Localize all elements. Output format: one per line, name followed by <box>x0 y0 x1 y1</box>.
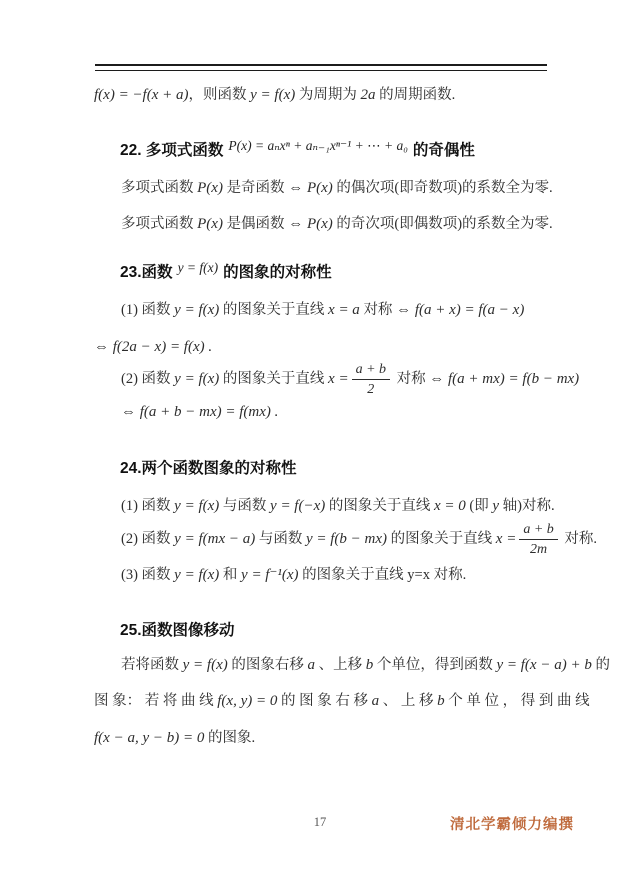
fraction: a + b2 <box>352 361 390 398</box>
text: 对称. <box>561 531 597 547</box>
text: 的图象关于直线 <box>219 371 328 387</box>
text: 和 <box>219 567 241 583</box>
formula: y = f(x) <box>250 87 295 103</box>
polynomial-formula: P(x) = aₙxⁿ + aₙ₋₁xⁿ⁻¹ + ⋯ + a₀ <box>228 138 408 153</box>
formula: f(x − a, y − b) = 0 <box>94 730 204 746</box>
heading-text: 24.两个函数图象的对称性 <box>120 460 297 477</box>
formula: ⇔ P(x) <box>288 180 333 196</box>
text: 的图象关于直线 <box>325 498 434 514</box>
symmetry-line-1: (1) 函数 y = f(x) 的图象关于直线 x = a 对称 ⇔ f(a +… <box>94 300 621 320</box>
formula: y = f(mx − a) <box>174 531 255 547</box>
text: (2) 函数 <box>121 531 174 547</box>
text: 的 图 象 右 移 <box>277 693 371 709</box>
text: 对称 <box>360 302 396 318</box>
text: 图 象： 若 将 曲 线 <box>94 693 217 709</box>
text: 是奇函数 <box>223 180 288 196</box>
text: (2) 函数 <box>121 371 174 387</box>
formula: y = f⁻¹(x) <box>241 567 299 583</box>
function-formula: y = f(x) <box>178 260 219 275</box>
text: 个 单 位 ， 得 到 曲 线 <box>445 693 590 709</box>
formula: ⇔ f(a + b − mx) = f(mx) . <box>121 404 278 420</box>
section-24-heading: 24.两个函数图象的对称性 <box>94 459 620 479</box>
text: 与函数 <box>219 498 270 514</box>
heading-text: 23.函数 <box>120 264 173 281</box>
fraction-denominator: 2m <box>519 540 557 558</box>
fraction-numerator: a + b <box>519 521 557 540</box>
formula: f(x, y) = 0 <box>217 693 277 709</box>
text: 若将函数 <box>121 657 183 673</box>
fraction-denominator: 2 <box>352 380 390 398</box>
formula: x = a <box>328 302 360 318</box>
formula: P(x) <box>197 216 223 232</box>
section-25-heading: 25.函数图像移动 <box>94 621 620 641</box>
text: 的图象关于直线 <box>387 531 496 547</box>
text: 、 上 移 <box>379 693 437 709</box>
text: 轴)对称. <box>499 498 555 514</box>
formula: ⇔ f(a + mx) = f(b − mx) <box>429 371 579 387</box>
text: 的图象关于直线 <box>219 302 328 318</box>
two-graph-symmetry-1: (1) 函数 y = f(x) 与函数 y = f(−x) 的图象关于直线 x … <box>94 496 621 516</box>
text: 的 <box>592 657 610 673</box>
odd-polynomial-line: 多项式函数 P(x) 是奇函数 ⇔ P(x) 的偶次项(即奇数项)的系数全为零. <box>94 178 621 198</box>
formula: y = f(x) <box>174 302 219 318</box>
text: 、上移 <box>315 657 366 673</box>
text: 为周期为 <box>295 87 360 103</box>
formula: y = f(x) <box>183 657 228 673</box>
text: (1) 函数 <box>121 498 174 514</box>
formula: y = f(b − mx) <box>306 531 387 547</box>
formula: b <box>437 693 445 709</box>
formula: y = f(x) <box>174 371 219 387</box>
text: 的图象. <box>204 730 255 746</box>
formula: x = <box>328 371 349 387</box>
symmetry-line-3: (2) 函数 y = f(x) 的图象关于直线 x =a + b2 对称 ⇔ f… <box>94 359 621 399</box>
symmetry-line-4: ⇔ f(a + b − mx) = f(mx) . <box>94 402 621 422</box>
text: ，则函数 <box>189 87 251 103</box>
section-22-heading: 22. 多项式函数P(x) = aₙxⁿ + aₙ₋₁xⁿ⁻¹ + ⋯ + a₀… <box>94 141 620 161</box>
formula: x = 0 <box>434 498 466 514</box>
text: 多项式函数 <box>121 180 197 196</box>
heading-text: 的奇偶性 <box>413 142 475 159</box>
header-double-rule <box>95 64 547 71</box>
formula: ⇔ f(2a − x) = f(x) . <box>94 339 212 355</box>
formula: y = f(x) <box>174 567 219 583</box>
formula: y = f(x) <box>174 498 219 514</box>
text: 对称 <box>393 371 429 387</box>
text: 的奇次项(即偶数项)的系数全为零. <box>333 216 553 232</box>
text: (3) 函数 <box>121 567 174 583</box>
two-graph-symmetry-3: (3) 函数 y = f(x) 和 y = f⁻¹(x) 的图象关于直线 y=x… <box>94 565 621 585</box>
heading-text: 的图象的对称性 <box>223 264 332 281</box>
publisher-watermark: 清北学霸倾力编撰 <box>450 813 574 834</box>
even-polynomial-line: 多项式函数 P(x) 是偶函数 ⇔ P(x) 的奇次项(即偶数项)的系数全为零. <box>94 214 621 234</box>
document-page: f(x) = −f(x + a)，则函数 y = f(x) 为周期为 2a 的周… <box>0 0 640 873</box>
heading-text: 25.函数图像移动 <box>120 622 235 639</box>
text: (即 <box>466 498 493 514</box>
formula: P(x) <box>197 180 223 196</box>
formula: ⇔ f(a + x) = f(a − x) <box>396 302 524 318</box>
fraction-numerator: a + b <box>352 361 390 380</box>
symmetry-line-2: ⇔ f(2a − x) = f(x) . <box>94 337 594 357</box>
graph-shift-line-3: f(x − a, y − b) = 0 的图象. <box>94 728 594 748</box>
text: (1) 函数 <box>121 302 174 318</box>
heading-text: 22. 多项式函数 <box>120 142 223 159</box>
formula: a <box>307 657 315 673</box>
fraction: a + b2m <box>519 521 557 558</box>
formula: f(x) = −f(x + a) <box>94 87 189 103</box>
text: 多项式函数 <box>121 216 197 232</box>
formula: ⇔ P(x) <box>288 216 333 232</box>
periodic-function-line: f(x) = −f(x + a)，则函数 y = f(x) 为周期为 2a 的周… <box>94 85 594 105</box>
graph-shift-line-2: 图 象： 若 将 曲 线 f(x, y) = 0 的 图 象 右 移 a 、 上… <box>94 691 594 711</box>
formula: x = <box>496 531 517 547</box>
text: 的偶次项(即奇数项)的系数全为零. <box>333 180 553 196</box>
text: 的周期函数. <box>375 87 455 103</box>
formula: y = f(−x) <box>270 498 325 514</box>
two-graph-symmetry-2: (2) 函数 y = f(mx − a) 与函数 y = f(b − mx) 的… <box>94 519 621 559</box>
text: 的图象关于直线 y=x 对称. <box>299 567 467 583</box>
text: 与函数 <box>255 531 306 547</box>
formula: 2a <box>360 87 375 103</box>
text: 的图象右移 <box>228 657 308 673</box>
text: 是偶函数 <box>223 216 288 232</box>
graph-shift-line-1: 若将函数 y = f(x) 的图象右移 a 、上移 b 个单位，得到函数 y =… <box>94 655 621 675</box>
formula: a <box>372 693 380 709</box>
section-23-heading: 23.函数y = f(x)的图象的对称性 <box>94 263 620 283</box>
text: 个单位，得到函数 <box>373 657 496 673</box>
formula: y = f(x − a) + b <box>496 657 591 673</box>
